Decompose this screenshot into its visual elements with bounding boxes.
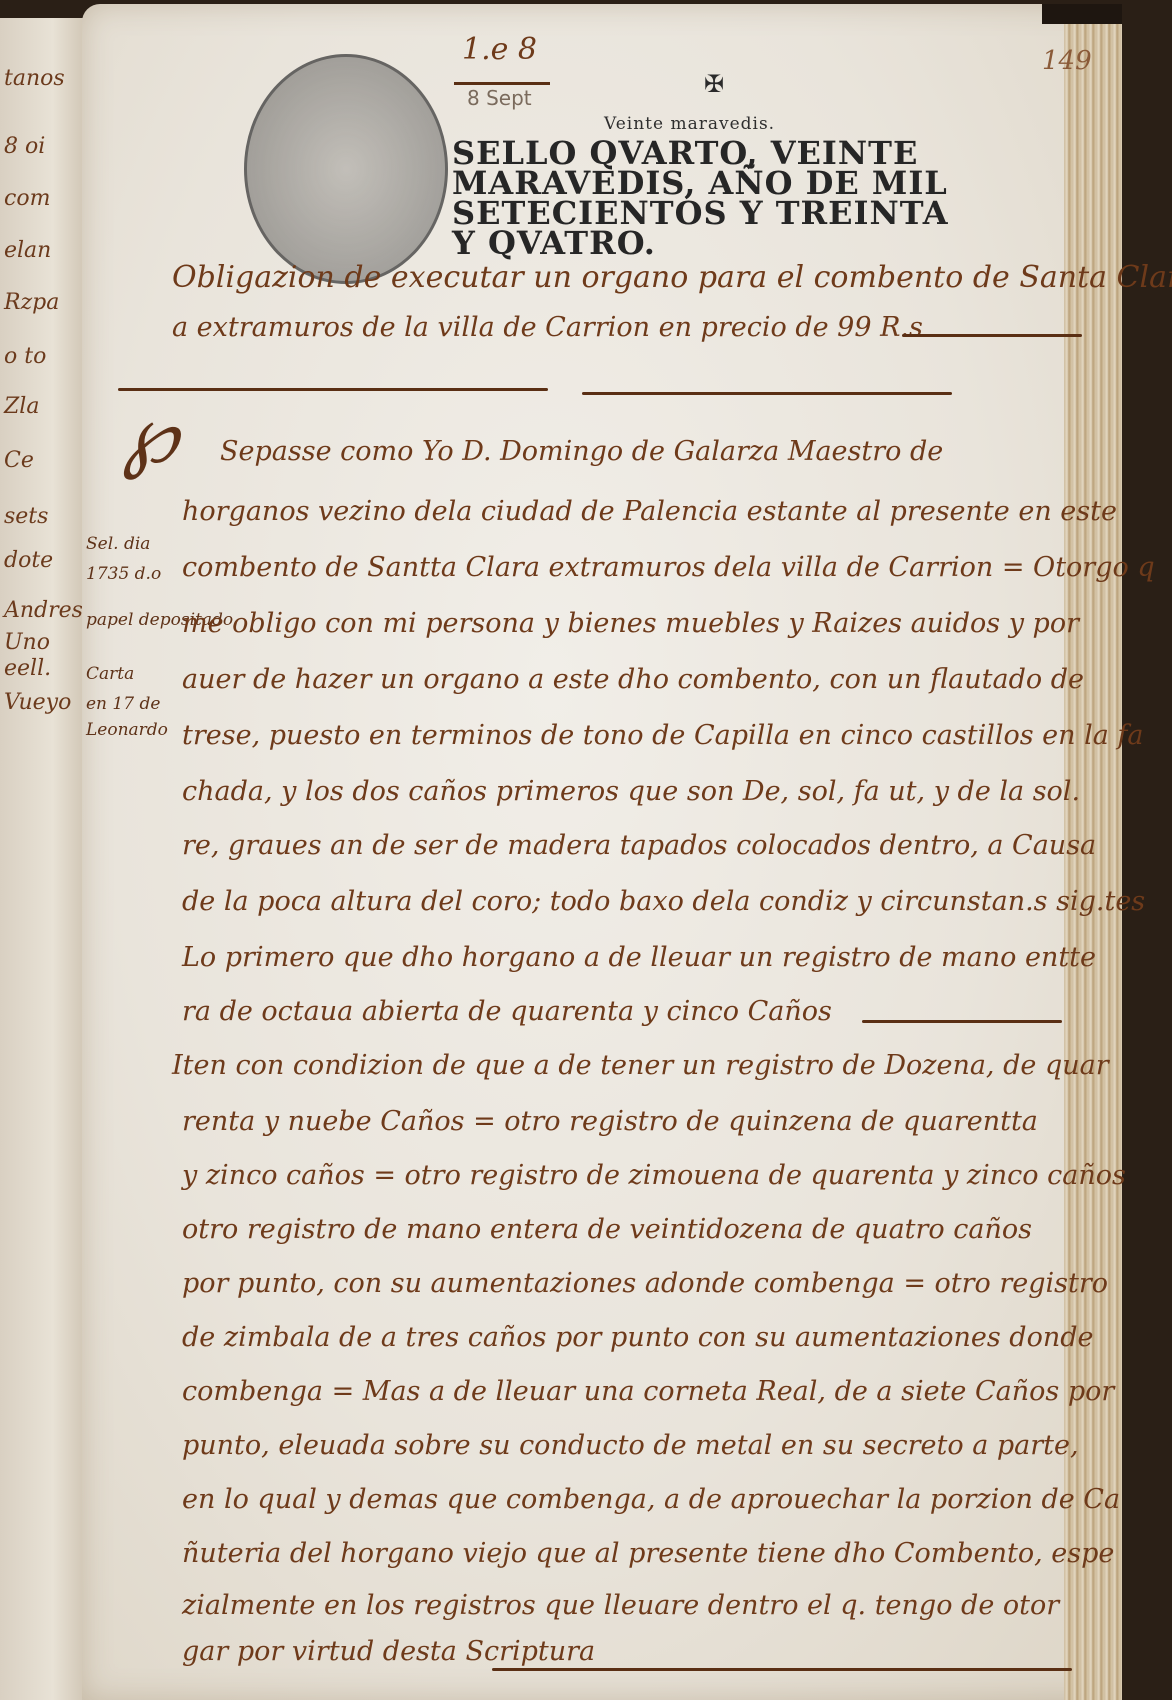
facing-page-fragment: Uno [4, 630, 50, 655]
date-note: 8 Sept [467, 86, 532, 110]
divider [492, 1668, 1072, 1671]
facing-page-fragment: com [4, 186, 50, 211]
facing-page-fragment: Ce [4, 448, 34, 473]
facing-page-fragment: o to [4, 344, 46, 369]
text-line: renta y nuebe Caños = otro registro de q… [182, 1106, 1038, 1137]
stamp-value-line: Veinte maravedis. [604, 114, 775, 134]
divider [582, 392, 952, 395]
text-line: re, graues an de ser de madera tapados c… [182, 830, 1096, 861]
facing-page-fragment: tanos [4, 66, 65, 91]
margin-note: Carta [86, 664, 134, 684]
margin-note: Sel. dia [86, 534, 150, 554]
stamp-line: Y QVATRO. [452, 228, 992, 258]
margin-note: 1735 d.o [86, 564, 161, 584]
divider [118, 388, 548, 391]
text-line: ñuteria del horgano viejo que al present… [182, 1538, 1114, 1569]
facing-page-fragment: 8 oi [4, 134, 45, 159]
text-line: Iten con condizion de que a de tener un … [172, 1050, 1109, 1081]
seal-stamp-icon [244, 54, 448, 284]
divider [862, 1020, 1062, 1023]
facing-page-fragment: eell. [4, 656, 51, 681]
text-line: zialmente en los registros que lleuare d… [182, 1590, 1059, 1621]
divider [902, 334, 1082, 337]
text-line: trese, puesto en terminos de tono de Cap… [182, 720, 1144, 751]
text-line: combento de Santta Clara extramuros dela… [182, 552, 1155, 583]
facing-page-fragment: sets [4, 504, 48, 529]
text-line: ra de octaua abierta de quarenta y cinco… [182, 996, 832, 1027]
text-line: y zinco caños = otro registro de zimouen… [182, 1160, 1126, 1191]
document-title: Obligazion de executar un organo para el… [172, 260, 1172, 295]
text-line: otro registro de mano entera de veintido… [182, 1214, 1032, 1245]
text-line: de zimbala de a tres caños por punto con… [182, 1322, 1093, 1353]
text-line: gar por virtud desta Scriptura [182, 1636, 595, 1667]
initial-flourish-icon: ℘ [122, 388, 178, 481]
text-line: combenga = Mas a de lleuar una corneta R… [182, 1376, 1114, 1407]
text-line: horganos vezino dela ciudad de Palencia … [182, 496, 1117, 527]
text-line: Lo primero que dho horgano a de lleuar u… [182, 942, 1096, 973]
text-line: punto, eleuada sobre su conducto de meta… [182, 1430, 1079, 1461]
text-line: en lo qual y demas que combenga, a de ap… [182, 1484, 1120, 1515]
document-title: a extramuros de la villa de Carrion en p… [172, 312, 923, 343]
margin-note: en 17 de [86, 694, 160, 714]
facing-page-fragment: elan [4, 238, 51, 263]
facing-page-fragment: Andres [4, 598, 83, 623]
text-line: de la poca altura del coro; todo baxo de… [182, 886, 1145, 917]
text-line: chada, y los dos caños primeros que son … [182, 776, 1080, 807]
folio-reference: 1.e 8 [462, 32, 537, 67]
margin-note: Leonardo [86, 720, 168, 740]
page-number: 149 [1042, 46, 1092, 76]
background-corner [1042, 4, 1122, 24]
facing-page-edge: tanos 8 oi com elan Rzpa o to Zla Ce set… [0, 18, 90, 1700]
facing-page-fragment: Zla [4, 394, 39, 419]
facing-page-fragment: Rzpa [4, 290, 59, 315]
text-line: me obligo con mi persona y bienes mueble… [182, 608, 1079, 639]
facing-page-fragment: Vueyo [4, 690, 71, 715]
text-line: Sepasse como Yo D. Domingo de Galarza Ma… [220, 436, 943, 467]
printed-stamp: SELLO QVARTO, VEINTE MARAVEDIS, AÑO DE M… [452, 138, 992, 258]
divider [454, 82, 550, 85]
text-line: por punto, con su aumentaziones adonde c… [182, 1268, 1108, 1299]
text-line: auer de hazer un organo a este dho combe… [182, 664, 1084, 695]
facing-page-fragment: dote [4, 548, 53, 573]
cross-emblem-icon: ✠ [704, 70, 724, 98]
manuscript-page: 1.e 8 8 Sept 149 ✠ Veinte maravedis. SEL… [82, 4, 1122, 1700]
